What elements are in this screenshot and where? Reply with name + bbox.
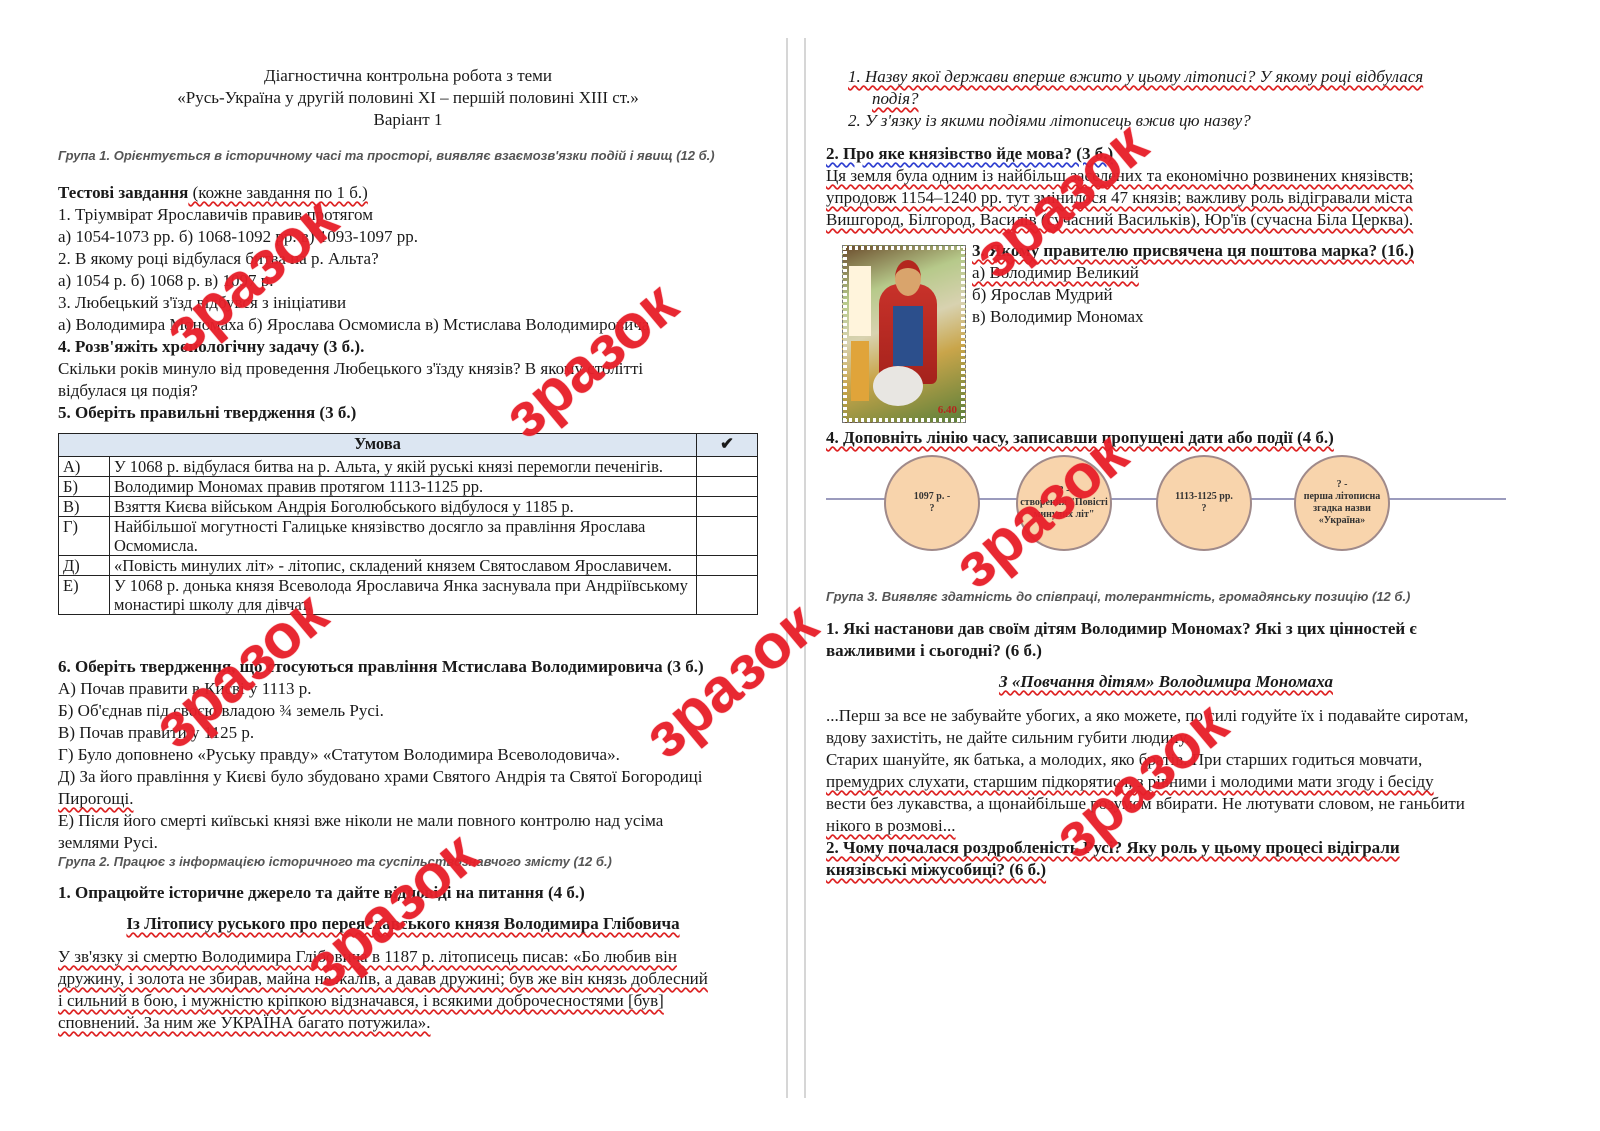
question-4-timeline: 4. Доповніть лінію часу, записавши пропу… — [826, 427, 1334, 448]
tests-heading: Тестові завдання (кожне завдання по 1 б.… — [58, 182, 368, 203]
source-text-line: сповнений. За ним же УКРАЇНА багато поту… — [58, 1012, 431, 1033]
question-1: 1. Тріумвірат Ярославичів правив протяго… — [58, 204, 373, 225]
table-row: Г)Найбільшої могутності Галицьке князівс… — [59, 517, 758, 556]
monomakh-text-line: нікого в розмові... — [826, 815, 956, 836]
question-5: 5. Оберіть правильні твердження (3 б.) — [58, 402, 356, 423]
monomakh-text-line: премудрих слухати, старшим підкорятися, … — [826, 771, 1434, 792]
timeline-node: ? -створення "Повісті минулих літ" — [1016, 455, 1112, 551]
question-6-option: В) Почав правити у 1125 р. — [58, 722, 254, 743]
title-line-2: «Русь-Україна у другій половині XI – пер… — [58, 87, 758, 108]
row-text: «Повість минулих літ» - літопис, складен… — [110, 556, 697, 576]
group-2-question-1: 1. Опрацюйте історичне джерело та дайте … — [58, 882, 585, 903]
question-3: 3. Любецький з'їзд відбувся з ініціативи — [58, 292, 346, 313]
timeline-node: 1113-1125 рр.? — [1156, 455, 1252, 551]
question-2-options: а) 1054 р. б) 1068 р. в) 1097 р. — [58, 270, 273, 291]
tests-heading-label: Тестові завдання — [58, 183, 188, 202]
row-check-cell[interactable] — [697, 517, 758, 556]
row-label: Б) — [59, 477, 110, 497]
row-text: У 1068 р. відбулася битва на р. Альта, у… — [110, 457, 697, 477]
question-6-option: Б) Об'єднав під своєю владою ¾ земель Ру… — [58, 700, 384, 721]
group-1-heading: Група 1. Орієнтується в історичному часі… — [58, 147, 738, 164]
row-check-cell[interactable] — [697, 457, 758, 477]
question-2-principality: 2. Про яке князівство йде мова? (3 б.) — [826, 143, 1113, 164]
question-2: 2. В якому році відбулася битва на р. Ал… — [58, 248, 379, 269]
question-3-option: б) Ярослав Мудрий — [972, 284, 1113, 305]
statements-table: Умова ✔ А)У 1068 р. відбулася битва на р… — [58, 433, 758, 615]
row-label: А) — [59, 457, 110, 477]
stamp-value: 6.40 — [938, 404, 957, 416]
table-row: Д)«Повість минулих літ» - літопис, склад… — [59, 556, 758, 576]
principality-text-line: Ця земля була одним із найбільш заселени… — [826, 165, 1413, 186]
question-4-text-1: Скільки років минуло від проведення Любе… — [58, 358, 643, 379]
row-check-cell[interactable] — [697, 497, 758, 517]
stamp-banner-lower — [851, 341, 869, 401]
timeline-node: ? -перша літописна згадка назви «Україна… — [1294, 455, 1390, 551]
monomakh-text-line: ...Перш за все не забувайте убогих, а як… — [826, 705, 1468, 726]
question-1-options: а) 1054-1073 рр. б) 1068-1092 рр. в) 109… — [58, 226, 418, 247]
timeline-node-line2: ? — [1202, 503, 1207, 514]
question-6-option: Пирогощі. — [58, 788, 134, 809]
row-check-cell[interactable] — [697, 556, 758, 576]
timeline-node-line1: ? - — [1337, 479, 1348, 490]
group-3-question-1: 1. Які настанови дав своїм дітям Володим… — [826, 618, 1417, 639]
row-text: Володимир Мономах правив протягом 1113-1… — [110, 477, 697, 497]
row-label: В) — [59, 497, 110, 517]
timeline-node-line1: 1113-1125 рр. — [1175, 491, 1233, 502]
question-3-stamp: 3. Якому правителю присвячена ця поштова… — [972, 240, 1414, 261]
variant-label: Варіант 1 — [58, 109, 758, 130]
source-text-line: У зв'язку зі смертю Володимира Глібовича… — [58, 946, 677, 967]
source-question-2: 2. У з'язку із якими подіями літописець … — [848, 110, 1251, 131]
table-row: Б)Володимир Мономах правив протягом 1113… — [59, 477, 758, 497]
question-6-option: Е) Після його смерті київські князі вже … — [58, 810, 663, 831]
page-divider — [786, 38, 788, 1098]
row-text: Взяття Києва військом Андрія Боголюбсько… — [110, 497, 697, 517]
group-3-question-2: 2. Чому почалася роздробленість Русі? Як… — [826, 837, 1400, 858]
row-text: Найбільшої могутності Галицьке князівств… — [110, 517, 697, 556]
principality-text-line: упродовж 1154–1240 рр. тут змінилося 47 … — [826, 187, 1413, 208]
row-check-cell[interactable] — [697, 576, 758, 615]
row-label: Д) — [59, 556, 110, 576]
table-row: В)Взяття Києва військом Андрія Боголюбсь… — [59, 497, 758, 517]
stamp-figure-head — [895, 260, 921, 296]
source-question-1-cont: подія? — [872, 88, 919, 109]
stamp-banner — [849, 266, 871, 336]
row-label: Г) — [59, 517, 110, 556]
header-check: ✔ — [697, 434, 758, 457]
row-check-cell[interactable] — [697, 477, 758, 497]
timeline-node-line1: ? - — [1059, 485, 1070, 496]
question-4-text-2: відбулася ця подія? — [58, 380, 198, 401]
question-6: 6. Оберіть твердження, що стосуються пра… — [58, 656, 704, 677]
timeline-node-line1: 1097 р. - — [914, 491, 950, 502]
question-6-option: А) Почав правити в Києві у 1113 р. — [58, 678, 311, 699]
row-text: У 1068 р. донька князя Всеволода Ярослав… — [110, 576, 697, 615]
source-text-line: дружину, і золота не збирав, майна не жа… — [58, 968, 708, 989]
table-row: А)У 1068 р. відбулася битва на р. Альта,… — [59, 457, 758, 477]
source-question-1: 1. Назву якої держави вперше вжито у цьо… — [848, 66, 1423, 87]
group-3-question-2-cont: князівські міжусобиці? (6 б.) — [826, 859, 1046, 880]
principality-text-line: Вишгород, Білгород, Василів (сучасний Ва… — [826, 209, 1413, 230]
table-header-row: Умова ✔ — [59, 434, 758, 457]
title-line-1: Діагностична контрольна робота з теми — [58, 65, 758, 86]
timeline-node-line2: перша літописна згадка назви «Україна» — [1304, 491, 1381, 526]
question-3-options: а) Володимира Мономаха б) Ярослава Осмом… — [58, 314, 649, 335]
question-3-option: в) Володимир Мономах — [972, 306, 1144, 327]
question-6-option: Д) За його правління у Києві було збудов… — [58, 766, 703, 787]
question-6-option: Г) Було доповнено «Руську правду» «Стату… — [58, 744, 620, 765]
page-divider — [804, 38, 806, 1098]
group-3-question-1-cont: важливими і сьогодні? (6 б.) — [826, 640, 1042, 661]
group-3-heading: Група 3. Виявляє здатність до співпраці,… — [826, 588, 1410, 605]
source-text-line: і сильний в бою, і мужністю кріпкою відз… — [58, 990, 664, 1011]
source-title: Із Літопису руського про переяславського… — [58, 913, 748, 934]
row-label: Е) — [59, 576, 110, 615]
question-6-option: землями Русі. — [58, 832, 158, 853]
postage-stamp-image: 6.40 — [842, 245, 966, 423]
group-2-heading: Група 2. Працює з інформацією історичног… — [58, 853, 612, 870]
left-page: Діагностична контрольна робота з теми «Р… — [0, 0, 790, 1131]
stamp-figure-belt — [893, 306, 923, 366]
timeline-node: 1097 р. -? — [884, 455, 980, 551]
monomakh-text-line: вдову захистіть, не дайте сильним губити… — [826, 727, 1190, 748]
question-3-option: а) Володимир Великий — [972, 262, 1139, 283]
tests-note: (кожне завдання по 1 б.) — [188, 183, 368, 202]
timeline-node-line2: ? — [930, 503, 935, 514]
monomakh-text-line: вести без лукавства, а щонайбільше розум… — [826, 793, 1465, 814]
stamp-shield — [873, 366, 923, 406]
timeline-node-line2: створення "Повісті минулих літ" — [1020, 497, 1108, 520]
monomakh-source-title: З «Повчання дітям» Володимира Мономаха — [826, 671, 1506, 692]
header-condition: Умова — [59, 434, 697, 457]
monomakh-text-line: Старих шануйте, як батька, а молодих, як… — [826, 749, 1422, 770]
question-4: 4. Розв'яжіть хронологічну задачу (3 б.)… — [58, 336, 364, 357]
table-row: Е)У 1068 р. донька князя Всеволода Яросл… — [59, 576, 758, 615]
